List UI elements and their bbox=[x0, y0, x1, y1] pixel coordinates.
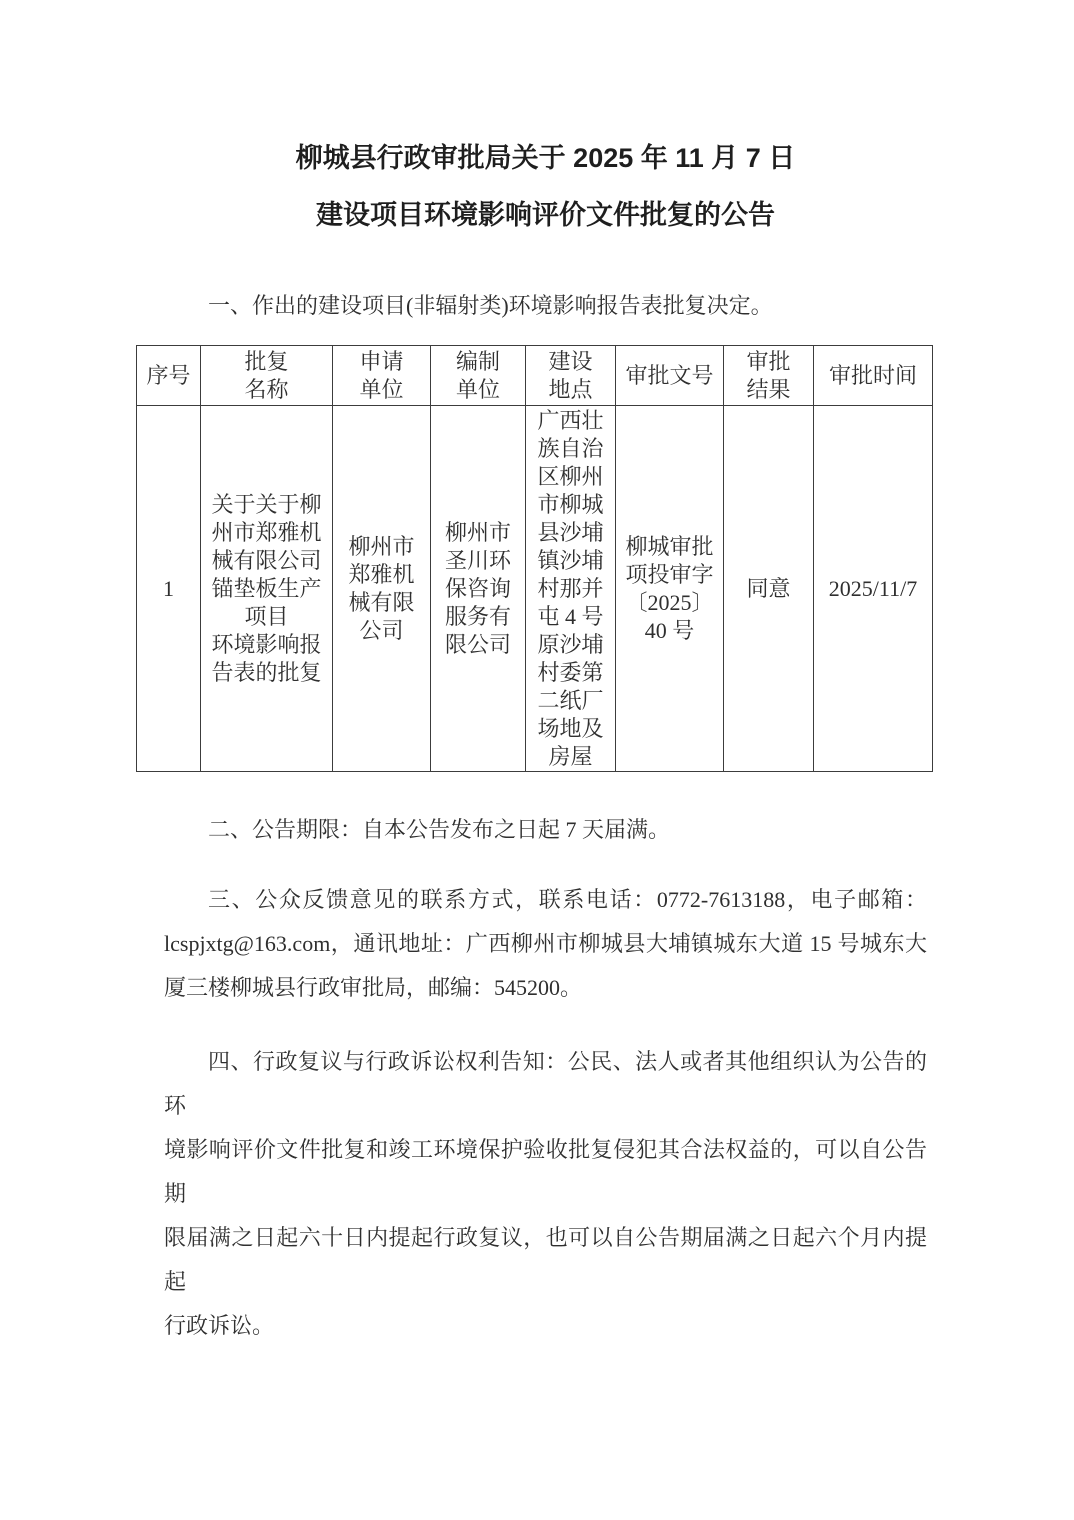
col-header-preparer: 编制单位 bbox=[431, 346, 526, 406]
cell-seq: 1 bbox=[137, 406, 201, 772]
col-header-result: 审批结果 bbox=[724, 346, 814, 406]
cell-date: 2025/11/7 bbox=[814, 406, 933, 772]
table-row: 1 关于关于柳州市郑雅机械有限公司锚垫板生产项目环境影响报告表的批复 柳州市郑雅… bbox=[137, 406, 933, 772]
document-title: 柳城县行政审批局关于 2025 年 11 月 7 日 建设项目环境影响评价文件批… bbox=[164, 130, 927, 244]
col-header-seq: 序号 bbox=[137, 346, 201, 406]
cell-approval-name: 关于关于柳州市郑雅机械有限公司锚垫板生产项目环境影响报告表的批复 bbox=[201, 406, 333, 772]
section-3-paragraph: 三、公众反馈意见的联系方式，联系电话：0772-7613188，电子邮箱：lcs… bbox=[164, 878, 927, 1010]
title-line-2: 建设项目环境影响评价文件批复的公告 bbox=[164, 187, 927, 244]
cell-preparer: 柳州市圣川环保咨询服务有限公司 bbox=[431, 406, 526, 772]
col-header-location: 建设地点 bbox=[526, 346, 616, 406]
cell-result: 同意 bbox=[724, 406, 814, 772]
document-page: 柳城县行政审批局关于 2025 年 11 月 7 日 建设项目环境影响评价文件批… bbox=[0, 0, 1074, 1520]
col-header-approval-name: 批复名称 bbox=[201, 346, 333, 406]
col-header-doc-number: 审批文号 bbox=[616, 346, 724, 406]
cell-applicant: 柳州市郑雅机械有限公司 bbox=[333, 406, 431, 772]
section-4-paragraph: 四、行政复议与行政诉讼权利告知：公民、法人或者其他组织认为公告的环境影响评价文件… bbox=[164, 1040, 927, 1348]
cell-doc-number: 柳城审批项投审字〔2025〕40 号 bbox=[616, 406, 724, 772]
col-header-applicant: 申请单位 bbox=[333, 346, 431, 406]
title-line-1: 柳城县行政审批局关于 2025 年 11 月 7 日 bbox=[164, 130, 927, 187]
cell-location: 广西壮族自治区柳州市柳城县沙埔镇沙埔村那并屯 4 号原沙埔村委第二纸厂场地及房屋 bbox=[526, 406, 616, 772]
table-header-row: 序号 批复名称 申请单位 编制单位 建设地点 审批文号 审批结果 审批时间 bbox=[137, 346, 933, 406]
col-header-date: 审批时间 bbox=[814, 346, 933, 406]
approval-table: 序号 批复名称 申请单位 编制单位 建设地点 审批文号 审批结果 审批时间 1 … bbox=[136, 345, 933, 772]
section-2-paragraph: 二、公告期限：自本公告发布之日起 7 天届满。 bbox=[164, 808, 927, 852]
section-1-heading: 一、作出的建设项目(非辐射类)环境影响报告表批复决定。 bbox=[164, 284, 927, 328]
